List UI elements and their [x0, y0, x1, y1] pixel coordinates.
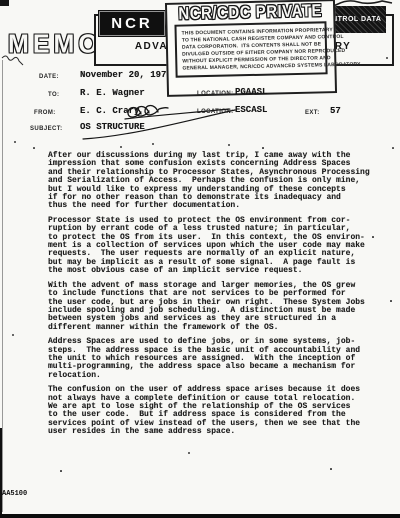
private-stamp-inner-box: This document contains information propr…	[174, 21, 327, 77]
from-label: FROM:	[34, 110, 56, 116]
noise-speck	[12, 334, 14, 336]
noise-speck	[372, 236, 374, 238]
to-location-value: PGAASL	[235, 87, 267, 97]
memo-paragraph: Processor State is used to protect the O…	[48, 217, 388, 276]
subject-label: SUBJECT:	[30, 126, 63, 132]
noise-speck	[14, 141, 16, 143]
noise-speck	[330, 468, 332, 470]
ext-value: 57	[330, 106, 341, 116]
noise-speck	[386, 57, 388, 59]
date-label: DATE:	[39, 74, 59, 80]
to-location-label: LOCATION:	[197, 91, 233, 97]
scan-edge-left-bottom	[0, 428, 2, 518]
noise-speck	[390, 300, 392, 302]
ncr-logo: NCR	[98, 10, 166, 37]
to-value: R. E. Wagner	[80, 88, 145, 98]
noise-speck	[60, 470, 62, 472]
private-stamp: NCR/CDC PRIVATE This document contains i…	[165, 0, 337, 97]
noise-speck	[120, 146, 122, 148]
scan-corner-mark	[0, 0, 9, 6]
page-footer-code: AA5100	[2, 490, 27, 498]
noise-speck	[33, 147, 35, 149]
memo-paragraph: The confusion on the user of address spa…	[48, 386, 388, 436]
noise-speck	[188, 452, 190, 454]
to-label: TO:	[48, 92, 59, 98]
ext-label: EXT:	[305, 110, 320, 116]
memo-paragraph: Address Spaces are used to define jobs, …	[48, 338, 388, 380]
scan-edge-bottom	[0, 514, 400, 518]
date-value: November 20, 1974	[80, 70, 172, 80]
scan-edge-left	[2, 60, 3, 512]
memo-wordmark: MEMO	[8, 29, 102, 59]
handwritten-signature	[75, 100, 245, 145]
noise-speck	[262, 147, 264, 149]
memo-paragraph: With the advent of mass storage and larg…	[48, 282, 388, 332]
memo-page: MEMO ADVANCED SYSTEMS LABORATORY NCR CON…	[0, 0, 400, 518]
private-stamp-title: NCR/CDC PRIVATE	[167, 1, 333, 24]
memo-body: After our discussions during my last tri…	[48, 152, 388, 443]
private-stamp-text: This document contains information propr…	[182, 27, 322, 72]
memo-paragraph: After our discussions during my last tri…	[48, 152, 388, 211]
noise-speck	[392, 147, 394, 149]
